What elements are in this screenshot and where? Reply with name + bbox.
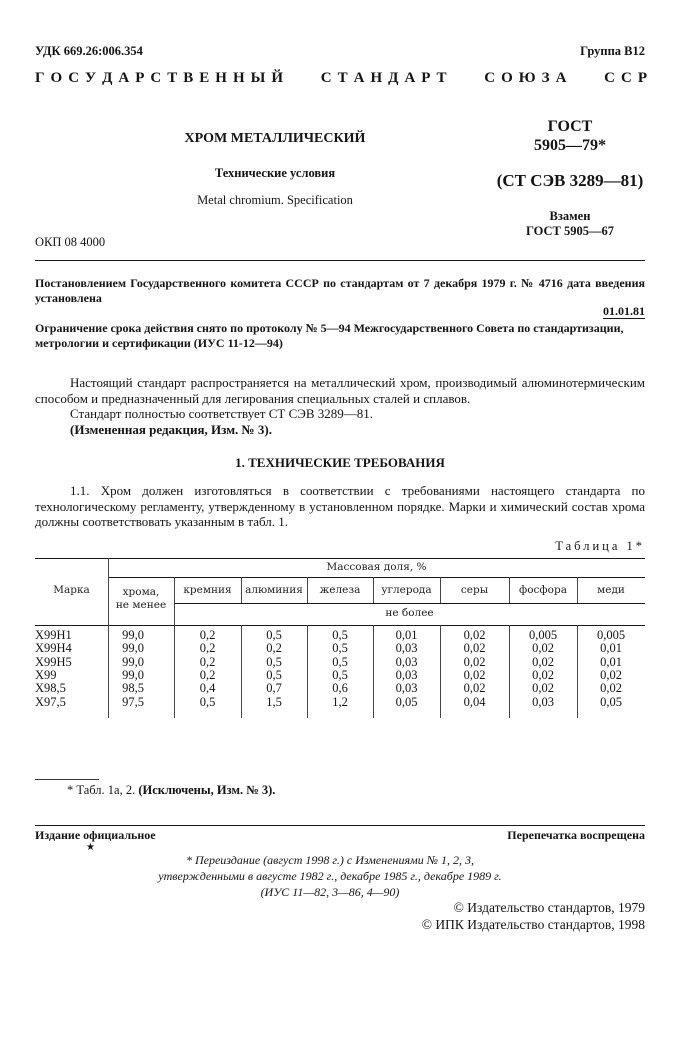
- value-cell: 0,2: [174, 669, 241, 682]
- table-rule: [35, 558, 645, 559]
- value-cell: 0,5: [307, 629, 373, 642]
- value-cell: 1,2: [307, 696, 373, 709]
- element-header: алюминия: [241, 584, 307, 596]
- reprint-prohibited-label: Перепечатка воспрещена: [507, 828, 645, 843]
- value-cell: 0,02: [440, 629, 509, 642]
- value-cell: 0,6: [307, 682, 373, 695]
- value-cell: 0,4: [174, 682, 241, 695]
- value-cell: 0,2: [241, 642, 307, 655]
- chemical-composition-table: МаркаМассовая доля, %хрома,не менеекремн…: [35, 558, 645, 718]
- value-cell: 0,03: [373, 682, 440, 695]
- footnote-bold: (Исключены, Изм. № 3).: [138, 783, 275, 797]
- star-icon: ★: [86, 842, 95, 853]
- gost-label: ГОСТ: [470, 117, 670, 136]
- value-cell: 0,005: [509, 629, 577, 642]
- grade-cell: Х99Н4: [35, 642, 108, 655]
- value-cell: 0,005: [577, 629, 645, 642]
- element-header: углерода: [373, 584, 440, 596]
- limit-removal-text: Ограничение срока действия снято по прот…: [35, 321, 645, 351]
- introduction-date: 01.01.81: [603, 304, 645, 319]
- heading-word: С Т А Н Д А Р Т: [321, 70, 447, 87]
- value-cell: 0,02: [440, 642, 509, 655]
- value-cell: 0,02: [577, 669, 645, 682]
- clause-1-1: 1.1. Хром должен изготовляться в соответ…: [35, 483, 645, 530]
- value-cell: 0,2: [174, 629, 241, 642]
- grade-cell: Х98,5: [35, 682, 108, 695]
- reissue-line: * Переиздание (август 1998 г.) с Изменен…: [150, 852, 510, 868]
- table-rule: [35, 625, 645, 626]
- reissue-note: * Переиздание (август 1998 г.) с Изменен…: [150, 852, 510, 900]
- max-label: не более: [174, 607, 645, 619]
- value-cell: 0,03: [373, 656, 440, 669]
- heading-word: С С Р: [604, 70, 647, 87]
- value-cell: 0,05: [373, 696, 440, 709]
- document-english-title: Metal chromium. Specification: [150, 193, 400, 208]
- element-header: меди: [577, 584, 645, 596]
- value-cell: 0,03: [373, 642, 440, 655]
- replaces-label: Взамен: [470, 209, 670, 224]
- gost-number: 5905—79*: [470, 136, 670, 155]
- value-cell: 0,01: [373, 629, 440, 642]
- value-cell: 0,05: [577, 696, 645, 709]
- reissue-line: утвержденными в августе 1982 г., декабре…: [150, 868, 510, 884]
- value-cell: 99,0: [100, 642, 166, 655]
- reissue-line: (ИУС 11—82, 3—86, 4—90): [150, 884, 510, 900]
- table-rule: [174, 603, 645, 604]
- value-cell: 0,2: [174, 642, 241, 655]
- scope-paragraph: Настоящий стандарт распространяется на м…: [35, 375, 645, 406]
- value-cell: 0,02: [440, 656, 509, 669]
- value-cell: 0,5: [307, 642, 373, 655]
- official-edition-label: Издание официальное: [35, 828, 156, 843]
- copyright-line: © ИПК Издательство стандартов, 1998: [422, 916, 645, 933]
- value-cell: 0,02: [440, 682, 509, 695]
- copyright-line: © Издательство стандартов, 1979: [422, 899, 645, 916]
- copyright: © Издательство стандартов, 1979© ИПК Изд…: [422, 899, 645, 933]
- header-divider: [35, 260, 645, 261]
- value-cell: 0,04: [440, 696, 509, 709]
- grade-cell: Х99Н5: [35, 656, 108, 669]
- document-subtitle: Технические условия: [150, 166, 400, 181]
- grade-header: Марка: [35, 584, 108, 596]
- replaces-gost: ГОСТ 5905—67: [470, 224, 670, 239]
- value-cell: 98,5: [100, 682, 166, 695]
- footnote: * Табл. 1а, 2. (Исключены, Изм. № 3).: [67, 783, 275, 798]
- footnote-text: * Табл. 1а, 2.: [67, 783, 138, 797]
- value-cell: 0,01: [577, 642, 645, 655]
- heading-word: Г О С У Д А Р С Т В Е Н Н Ы Й: [35, 70, 283, 87]
- value-cell: 0,02: [509, 682, 577, 695]
- scope-section: Настоящий стандарт распространяется на м…: [35, 375, 645, 437]
- chromium-header: хрома,: [108, 586, 174, 598]
- state-standard-heading: Г О С У Д А Р С Т В Е Н Н Ы ЙС Т А Н Д А…: [35, 70, 647, 87]
- table-caption: Таблица 1*: [555, 539, 645, 554]
- element-header: кремния: [174, 584, 241, 596]
- value-cell: 97,5: [100, 696, 166, 709]
- footnote-divider: [35, 779, 99, 780]
- decree-text: Постановлением Государственного комитета…: [35, 276, 645, 306]
- value-cell: 0,7: [241, 682, 307, 695]
- amendment-note: (Измененная редакция, Изм. № 3).: [35, 422, 645, 438]
- value-cell: 0,5: [241, 656, 307, 669]
- grade-cell: Х97,5: [35, 696, 108, 709]
- value-cell: 0,02: [440, 669, 509, 682]
- value-cell: 0,5: [241, 629, 307, 642]
- element-header: железа: [307, 584, 373, 596]
- value-cell: 99,0: [100, 669, 166, 682]
- value-cell: 0,2: [174, 656, 241, 669]
- value-cell: 99,0: [100, 629, 166, 642]
- footer-divider: [35, 825, 645, 826]
- mass-fraction-header: Массовая доля, %: [108, 561, 645, 573]
- value-cell: 0,5: [307, 669, 373, 682]
- grade-cell: Х99Н1: [35, 629, 108, 642]
- st-sev-number: (СТ СЭВ 3289—81): [470, 171, 670, 191]
- heading-word: С О Ю З А: [484, 70, 566, 87]
- section-title: 1. ТЕХНИЧЕСКИЕ ТРЕБОВАНИЯ: [35, 455, 645, 471]
- grade-cell: Х99: [35, 669, 108, 682]
- gost-designation: ГОСТ 5905—79* (СТ СЭВ 3289—81) Взамен ГО…: [470, 117, 670, 239]
- udk-code: УДК 669.26:006.354: [35, 44, 143, 59]
- element-header: серы: [440, 584, 509, 596]
- value-cell: 0,5: [307, 656, 373, 669]
- group-code: Группа В12: [580, 44, 645, 59]
- okp-code: ОКП 08 4000: [35, 235, 105, 250]
- value-cell: 0,5: [174, 696, 241, 709]
- value-cell: 0,01: [577, 656, 645, 669]
- value-cell: 99,0: [100, 656, 166, 669]
- element-header: фосфора: [509, 584, 577, 596]
- document-title: ХРОМ МЕТАЛЛИЧЕСКИЙ: [150, 131, 400, 147]
- value-cell: 0,02: [577, 682, 645, 695]
- value-cell: 0,5: [241, 669, 307, 682]
- value-cell: 0,03: [373, 669, 440, 682]
- value-cell: 0,02: [509, 669, 577, 682]
- table-rule: [108, 577, 645, 578]
- value-cell: 0,02: [509, 642, 577, 655]
- chromium-min-label: не менее: [108, 599, 174, 611]
- value-cell: 0,02: [509, 656, 577, 669]
- value-cell: 0,03: [509, 696, 577, 709]
- value-cell: 1,5: [241, 696, 307, 709]
- sev-compliance: Стандарт полностью соответствует СТ СЭВ …: [35, 406, 645, 422]
